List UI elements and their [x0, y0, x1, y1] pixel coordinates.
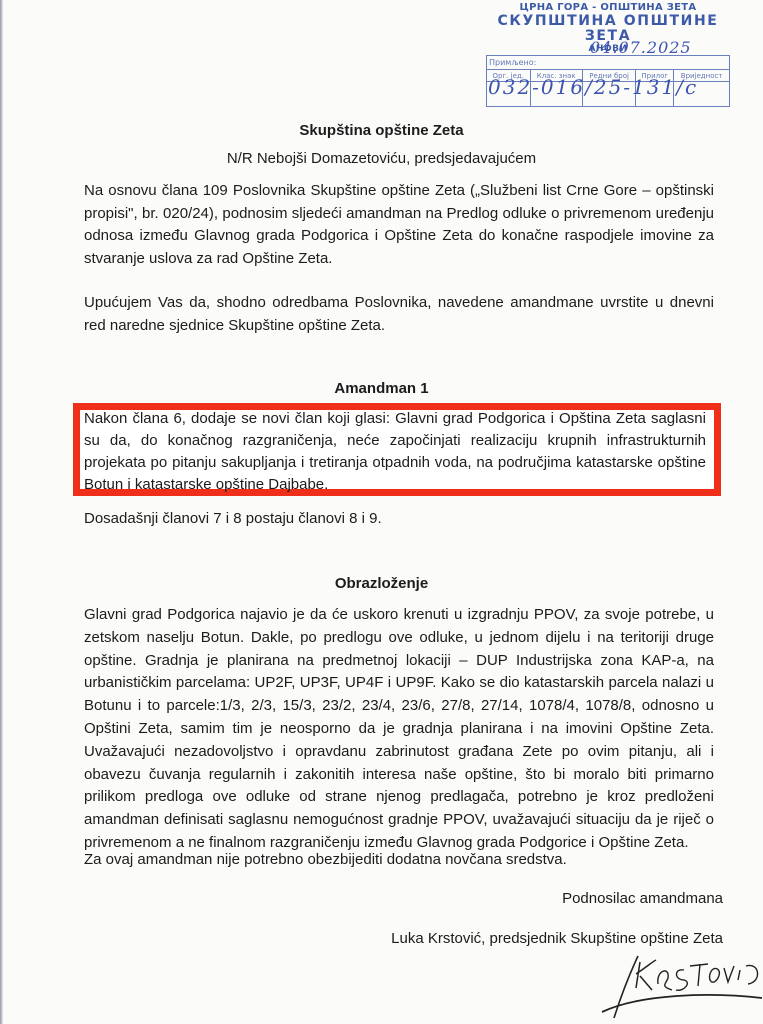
addressee: N/R Nebojši Domazetoviću, predsjedavajuć…	[0, 150, 763, 167]
renumbering-note: Dosadašnji članovi 7 i 8 postaju članovi…	[84, 508, 714, 531]
signatory-name: Luka Krstović, predsjednik Skupštine opš…	[391, 930, 723, 947]
financial-note: Za ovaj amandman nije potrebno obezbijed…	[84, 849, 714, 872]
amendment-text: Nakon člana 6, dodaje se novi član koji …	[84, 408, 706, 496]
justification-text: Glavni grad Podgorica najavio je da će u…	[84, 604, 714, 855]
registry-stamp: ЦРНА ГОРА - ОПШТИНА ЗЕТА СКУПШТИНА ОПШТИ…	[484, 2, 732, 107]
intro-paragraph: Na osnovu člana 109 Poslovnika Skupštine…	[84, 180, 714, 270]
stamp-registration-number: 032-016/25-131/c	[488, 75, 698, 99]
stamp-received-label: Примљено:	[489, 58, 536, 67]
justification-heading: Obrazloženje	[0, 575, 763, 592]
document-title: Skupština opštine Zeta	[0, 122, 763, 139]
request-paragraph: Upućujem Vas da, shodno odredbama Poslov…	[84, 292, 714, 337]
amendment-heading: Amandman 1	[0, 380, 763, 397]
stamp-received-cell: Примљено:	[487, 56, 730, 70]
stamp-received-date: 04.07.2025	[590, 38, 692, 57]
signatory-role: Podnosilac amandmana	[562, 890, 723, 907]
handwritten-signature-icon	[600, 948, 763, 1024]
